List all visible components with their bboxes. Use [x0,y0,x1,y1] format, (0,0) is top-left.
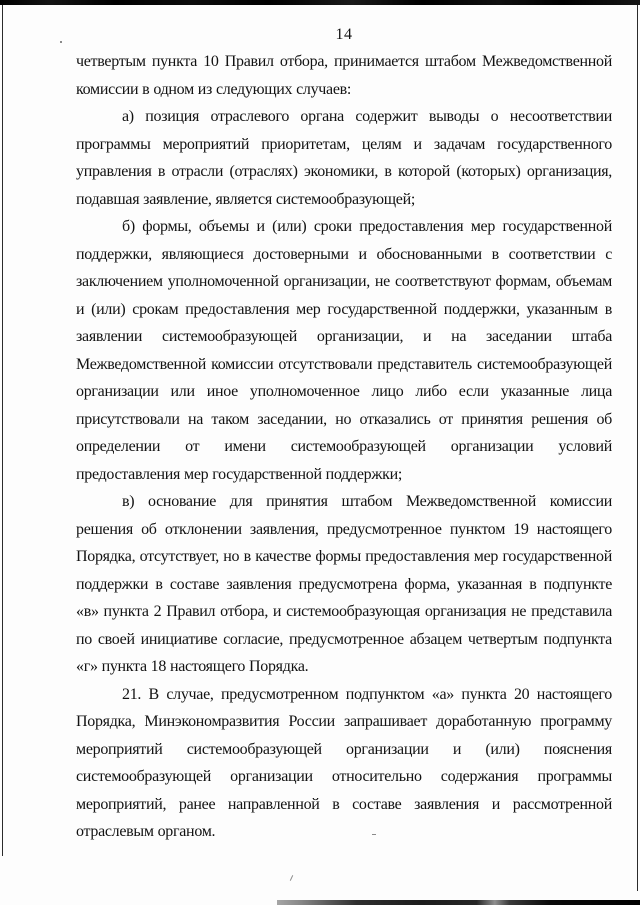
scan-artifact-top-bar [0,0,640,5]
paragraph-item-v: в) основание для принятия штабом Межведо… [76,488,612,681]
document-body: четвертым пункта 10 Правил отбора, прини… [76,48,612,846]
scan-artifact-left-edge-line [2,5,3,856]
scan-speck [290,875,293,881]
scan-artifact-right-edge-line [637,5,638,891]
scanned-document-page: 14 четвертым пункта 10 Правил отбора, пр… [0,0,640,905]
paragraph-point-21: 21. В случае, предусмотренном подпунктом… [76,681,612,846]
scan-speck [60,41,62,43]
page-number: 14 [76,26,612,44]
scan-artifact-bottom-bar [277,900,640,905]
paragraph-item-b: б) формы, объемы и (или) сроки предостав… [76,213,612,488]
paragraph-item-a: а) позиция отраслевого органа содержит в… [76,103,612,213]
paragraph-continuation: четвертым пункта 10 Правил отбора, прини… [76,48,612,103]
